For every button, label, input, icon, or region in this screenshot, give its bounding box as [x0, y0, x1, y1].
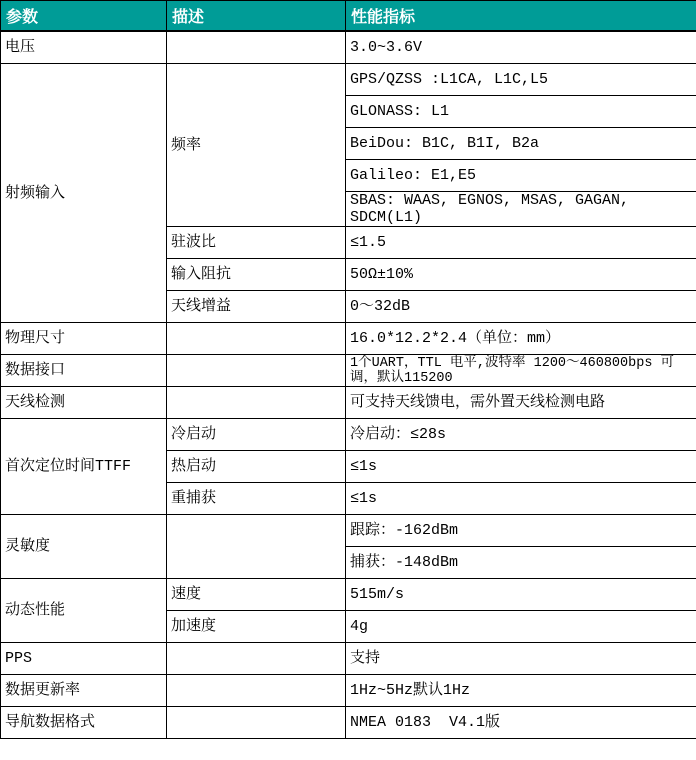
param-cell: 数据接口: [1, 355, 167, 387]
param-cell: 数据更新率: [1, 675, 167, 707]
value-cell: 冷启动：≤28s: [346, 419, 696, 451]
desc-cell: [167, 355, 346, 387]
table-row: PPS支持: [1, 643, 696, 675]
spec-sheet: 参数 描述 性能指标 电压3.0~3.6V射频输入频率GPS/QZSS :L1C…: [0, 0, 696, 760]
table-row: 首次定位时间TTFF冷启动冷启动：≤28s: [1, 419, 696, 451]
desc-cell: [167, 707, 346, 739]
header-cell-performance: 性能指标: [346, 1, 696, 32]
value-cell: 515m/s: [346, 579, 696, 611]
desc-cell: 重捕获: [167, 483, 346, 515]
param-cell: 天线检测: [1, 387, 167, 419]
table-row: 数据更新率1Hz~5Hz默认1Hz: [1, 675, 696, 707]
value-cell: 1Hz~5Hz默认1Hz: [346, 675, 696, 707]
table-row: 灵敏度跟踪：-162dBm: [1, 515, 696, 547]
desc-cell: 速度: [167, 579, 346, 611]
value-cell: 支持: [346, 643, 696, 675]
value-cell: Galileo: E1,E5: [346, 160, 696, 192]
desc-cell: 热启动: [167, 451, 346, 483]
param-cell: 物理尺寸: [1, 323, 167, 355]
desc-cell: [167, 515, 346, 579]
table-row: 物理尺寸16.0*12.2*2.4（单位：mm）: [1, 323, 696, 355]
desc-cell: 天线增益: [167, 291, 346, 323]
param-cell: 灵敏度: [1, 515, 167, 579]
value-cell: NMEA 0183 V4.1版: [346, 707, 696, 739]
desc-cell: [167, 387, 346, 419]
table-row: 导航数据格式NMEA 0183 V4.1版: [1, 707, 696, 739]
value-cell: 跟踪：-162dBm: [346, 515, 696, 547]
value-cell: 16.0*12.2*2.4（单位：mm）: [346, 323, 696, 355]
value-cell: SBAS: WAAS, EGNOS, MSAS, GAGAN, SDCM(L1): [346, 192, 696, 227]
value-cell: 0～32dB: [346, 291, 696, 323]
desc-cell: 输入阻抗: [167, 259, 346, 291]
table-row: 数据接口1个UART，TTL 电平,波特率 1200～460800bps 可调，…: [1, 355, 696, 387]
value-cell: ≤1s: [346, 483, 696, 515]
value-cell: GLONASS: L1: [346, 96, 696, 128]
desc-cell: [167, 643, 346, 675]
spec-table-body: 电压3.0~3.6V射频输入频率GPS/QZSS :L1CA, L1C,L5GL…: [1, 31, 696, 739]
header-cell-parameter: 参数: [1, 1, 167, 32]
desc-cell: 冷启动: [167, 419, 346, 451]
param-cell: PPS: [1, 643, 167, 675]
table-row: 天线检测可支持天线馈电，需外置天线检测电路: [1, 387, 696, 419]
value-cell: 3.0~3.6V: [346, 31, 696, 64]
desc-cell: 驻波比: [167, 227, 346, 259]
table-row: 电压3.0~3.6V: [1, 31, 696, 64]
desc-cell: [167, 675, 346, 707]
param-cell: 动态性能: [1, 579, 167, 643]
desc-cell: 加速度: [167, 611, 346, 643]
value-cell: ≤1s: [346, 451, 696, 483]
spec-table: 参数 描述 性能指标 电压3.0~3.6V射频输入频率GPS/QZSS :L1C…: [0, 0, 696, 739]
param-cell: 电压: [1, 31, 167, 64]
header-cell-description: 描述: [167, 1, 346, 32]
value-cell: 1个UART，TTL 电平,波特率 1200～460800bps 可调，默认11…: [346, 355, 696, 387]
value-cell: 50Ω±10%: [346, 259, 696, 291]
param-cell: 射频输入: [1, 64, 167, 323]
table-row: 射频输入频率GPS/QZSS :L1CA, L1C,L5: [1, 64, 696, 96]
value-cell: GPS/QZSS :L1CA, L1C,L5: [346, 64, 696, 96]
param-cell: 导航数据格式: [1, 707, 167, 739]
desc-cell: [167, 31, 346, 64]
desc-cell: [167, 323, 346, 355]
param-cell: 首次定位时间TTFF: [1, 419, 167, 515]
table-row: 动态性能速度515m/s: [1, 579, 696, 611]
value-cell: ≤1.5: [346, 227, 696, 259]
value-cell: BeiDou: B1C, B1I, B2a: [346, 128, 696, 160]
value-cell: 捕获：-148dBm: [346, 547, 696, 579]
table-header-row: 参数 描述 性能指标: [1, 1, 696, 32]
value-cell: 4g: [346, 611, 696, 643]
desc-cell: 频率: [167, 64, 346, 227]
value-cell: 可支持天线馈电，需外置天线检测电路: [346, 387, 696, 419]
